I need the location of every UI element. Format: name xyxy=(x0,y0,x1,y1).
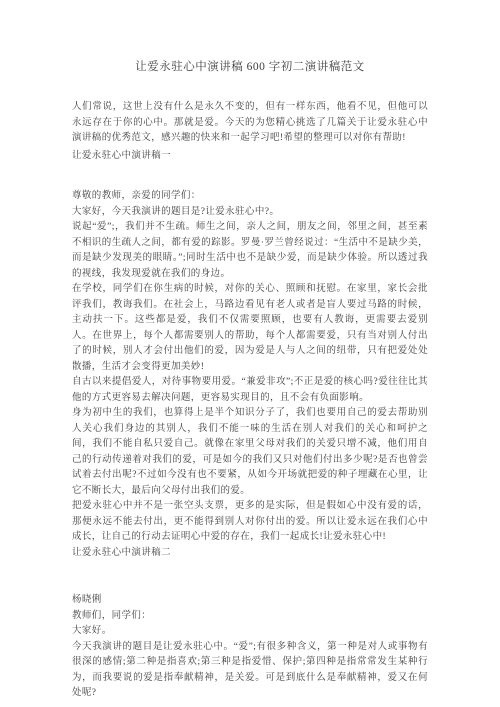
section-1-heading: 让爱永驻心中演讲稿一 xyxy=(72,149,428,165)
document-page: 让爱永驻心中演讲稿 600 字初二演讲稿范文 人们常说，这世上没有什么是永久不变… xyxy=(0,0,500,707)
section-2-greeting: 大家好。 xyxy=(72,624,428,640)
section-2-salutation: 教师们，同学们： xyxy=(72,609,428,625)
section-2-author: 杨晓俐 xyxy=(72,593,428,609)
section-1-paragraph: 身为初中生的我们，也算得上是半个知识分子了，我们也要用自己的爱去帮助别人关心我们… xyxy=(72,406,428,499)
section-1-paragraph: 在学校，同学们在你生病的时候，对你的关心、照顾和抚慰。在家里，家长会批评我们，教… xyxy=(72,282,428,375)
intro-paragraph: 人们常说，这世上没有什么是永久不变的，但有一样东西，他看不见，但他可以永远存在于… xyxy=(72,100,428,147)
section-1-paragraph: 自古以来提倡爱人，对待事物要用爱。“兼爱非攻”;不正是爱的核心吗?爱往往比其他的… xyxy=(72,375,428,406)
section-1-paragraph: 说起“爱”;，我们并不生疏。师生之间，亲人之间，朋友之间，邻里之间，甚至素不相识… xyxy=(72,220,428,282)
section-1-greeting: 大家好，今天我演讲的题目是?让爱永驻心中?。 xyxy=(72,205,428,221)
section-1-salutation: 尊敬的教师，亲爱的同学们： xyxy=(72,189,428,205)
section-2-heading: 让爱永驻心中演讲稿二 xyxy=(72,546,428,562)
section-1-paragraph: 把爱永驻心中并不是一张空头支票，更多的是实际，但是假如心中没有爱的话，那便永远不… xyxy=(72,499,428,546)
speech-section-1: 让爱永驻心中演讲稿一 尊敬的教师，亲爱的同学们： 大家好，今天我演讲的题目是?让… xyxy=(72,149,428,546)
section-2-paragraph: 今天我演讲的题目是让爱永驻心中。“爱”;有很多种含义，第一种是对人或事物有很深的… xyxy=(72,640,428,702)
document-title: 让爱永驻心中演讲稿 600 字初二演讲稿范文 xyxy=(72,58,428,74)
speech-section-2: 让爱永驻心中演讲稿二 杨晓俐 教师们，同学们： 大家好。 今天我演讲的题目是让爱… xyxy=(72,546,428,702)
